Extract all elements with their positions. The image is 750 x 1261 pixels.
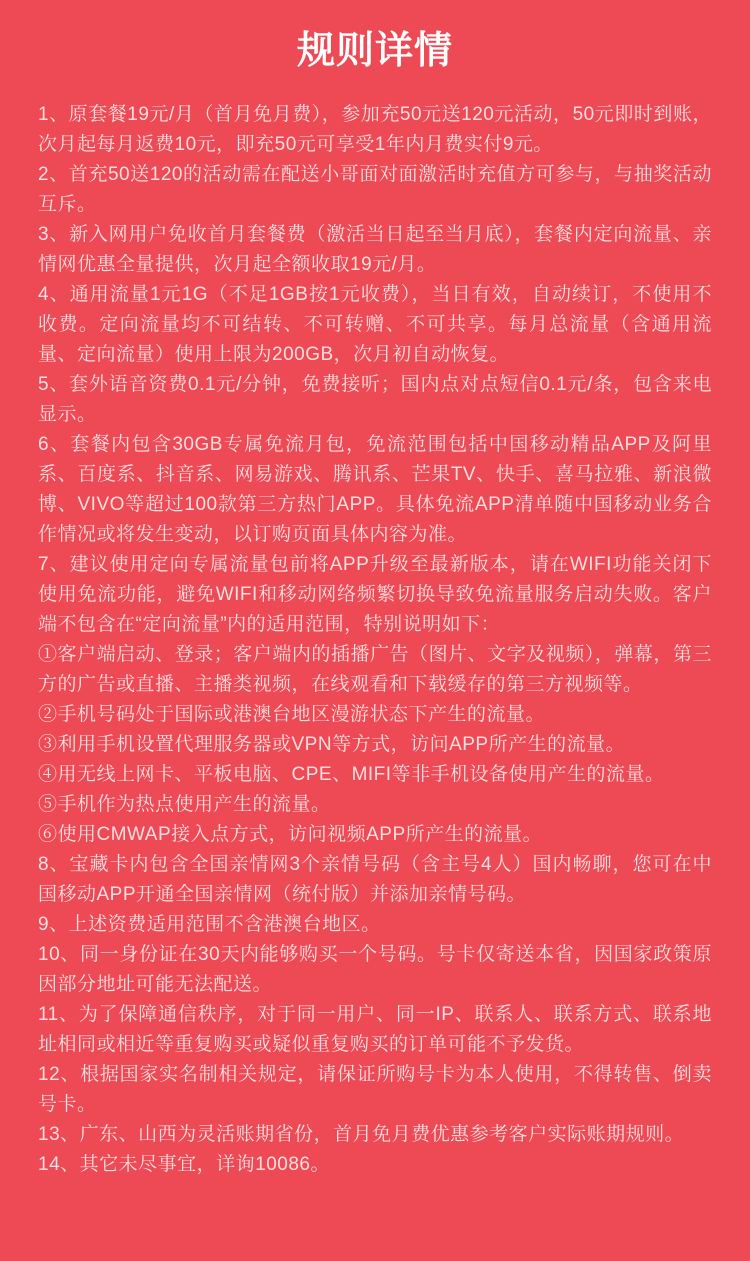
rule-item: 8、宝藏卡内包含全国亲情网3个亲情号码（含主号4人）国内畅聊，您可在中国移动AP… — [38, 850, 712, 910]
rule-item: ③利用手机设置代理服务器或VPN等方式，访问APP所产生的流量。 — [38, 730, 712, 760]
rules-page: 规则详情 1、原套餐19元/月（首月免月费），参加充50元送120元活动，50元… — [0, 0, 750, 1261]
rule-item: 10、同一身份证在30天内能够购买一个号码。号卡仅寄送本省，因国家政策原因部分地… — [38, 940, 712, 1000]
rule-item: ④用无线上网卡、平板电脑、CPE、MIFI等非手机设备使用产生的流量。 — [38, 760, 712, 790]
rule-item: ②手机号码处于国际或港澳台地区漫游状态下产生的流量。 — [38, 700, 712, 730]
rule-item: 6、套餐内包含30GB专属免流月包，免流范围包括中国移动精品APP及阿里系、百度… — [38, 430, 712, 550]
page-title: 规则详情 — [0, 30, 750, 72]
rule-item: 12、根据国家实名制相关规定，请保证所购号卡为本人使用，不得转售、倒卖号卡。 — [38, 1060, 712, 1120]
rule-item: 4、通用流量1元1G（不足1GB按1元收费），当日有效，自动续订，不使用不收费。… — [38, 280, 712, 370]
rule-item: 7、建议使用定向专属流量包前将APP升级至最新版本，请在WIFI功能关闭下使用免… — [38, 550, 712, 640]
rule-item: 3、新入网用户免收首月套餐费（激活当日起至当月底），套餐内定向流量、亲情网优惠全… — [38, 220, 712, 280]
rule-item: 1、原套餐19元/月（首月免月费），参加充50元送120元活动，50元即时到账，… — [38, 100, 712, 160]
rule-item: ⑤手机作为热点使用产生的流量。 — [38, 790, 712, 820]
rule-item: 5、套外语音资费0.1元/分钟，免费接听；国内点对点短信0.1元/条，包含来电显… — [38, 370, 712, 430]
rule-item: ⑥使用CMWAP接入点方式，访问视频APP所产生的流量。 — [38, 820, 712, 850]
rule-item: 13、广东、山西为灵活账期省份，首月免月费优惠参考客户实际账期规则。 — [38, 1120, 712, 1150]
rule-item: 2、首充50送120的活动需在配送小哥面对面激活时充值方可参与，与抽奖活动互斥。 — [38, 160, 712, 220]
rule-item: 14、其它未尽事宜，详询10086。 — [38, 1150, 712, 1180]
rule-item: 11、为了保障通信秩序，对于同一用户、同一IP、联系人、联系方式、联系地址相同或… — [38, 1000, 712, 1060]
rules-list: 1、原套餐19元/月（首月免月费），参加充50元送120元活动，50元即时到账，… — [0, 100, 750, 1180]
rule-item: ①客户端启动、登录；客户端内的插播广告（图片、文字及视频），弹幕，第三方的广告或… — [38, 640, 712, 700]
rule-item: 9、上述资费适用范围不含港澳台地区。 — [38, 910, 712, 940]
